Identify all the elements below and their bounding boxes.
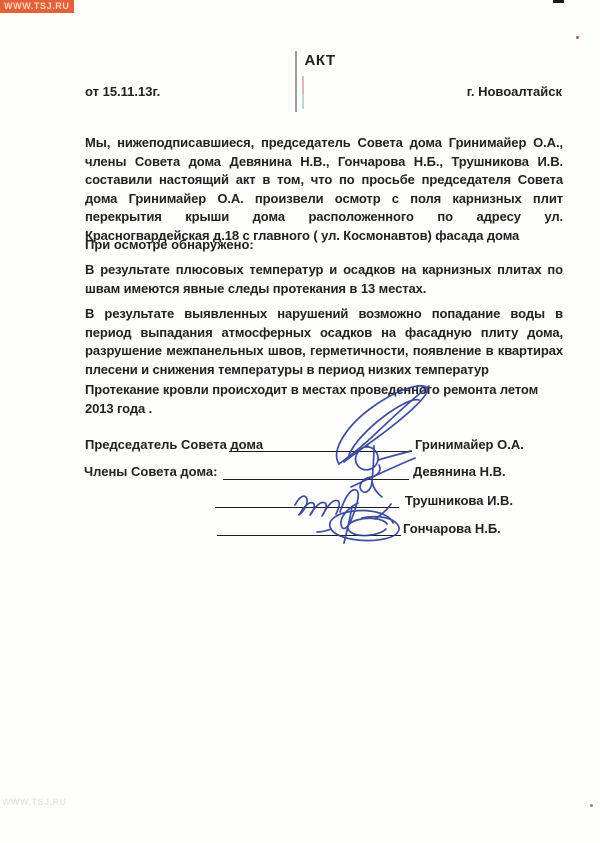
- handwritten-signatures-ink: [280, 375, 450, 555]
- scan-artifact-corner-mark: [553, 0, 564, 3]
- paragraph-preamble: Мы, нижеподписавшиеся, председатель Сове…: [85, 134, 563, 246]
- paragraph-consequences: В результате выявленных нарушений возмож…: [85, 305, 563, 379]
- document-date: от 15.11.13г.: [85, 84, 160, 99]
- site-watermark-top: WWW.TSJ.RU: [0, 0, 74, 13]
- signature-ink-trushnikova: [295, 496, 339, 516]
- site-watermark-bottom: WWW.TSJ.RU: [2, 797, 67, 807]
- scan-speck-red: [576, 36, 579, 39]
- members-label: Члены Совета дома:: [84, 464, 217, 479]
- document-city: г. Новоалтайск: [467, 84, 562, 99]
- scan-artifact-line-pink: [302, 76, 304, 95]
- chairman-label: Председатель Совета дома: [85, 437, 263, 452]
- scan-artifact-line-cyan: [302, 94, 304, 109]
- document-title: АКТ: [240, 52, 400, 69]
- scan-speck-gray: [590, 804, 593, 807]
- paragraph-findings: В результате плюсовых температур и осадк…: [85, 261, 563, 298]
- scanned-act-document: WWW.TSJ.RU WWW.TSJ.RU АКТ от 15.11.13г. …: [0, 0, 600, 843]
- inspection-heading: При осмотре обнаружено:: [85, 237, 254, 252]
